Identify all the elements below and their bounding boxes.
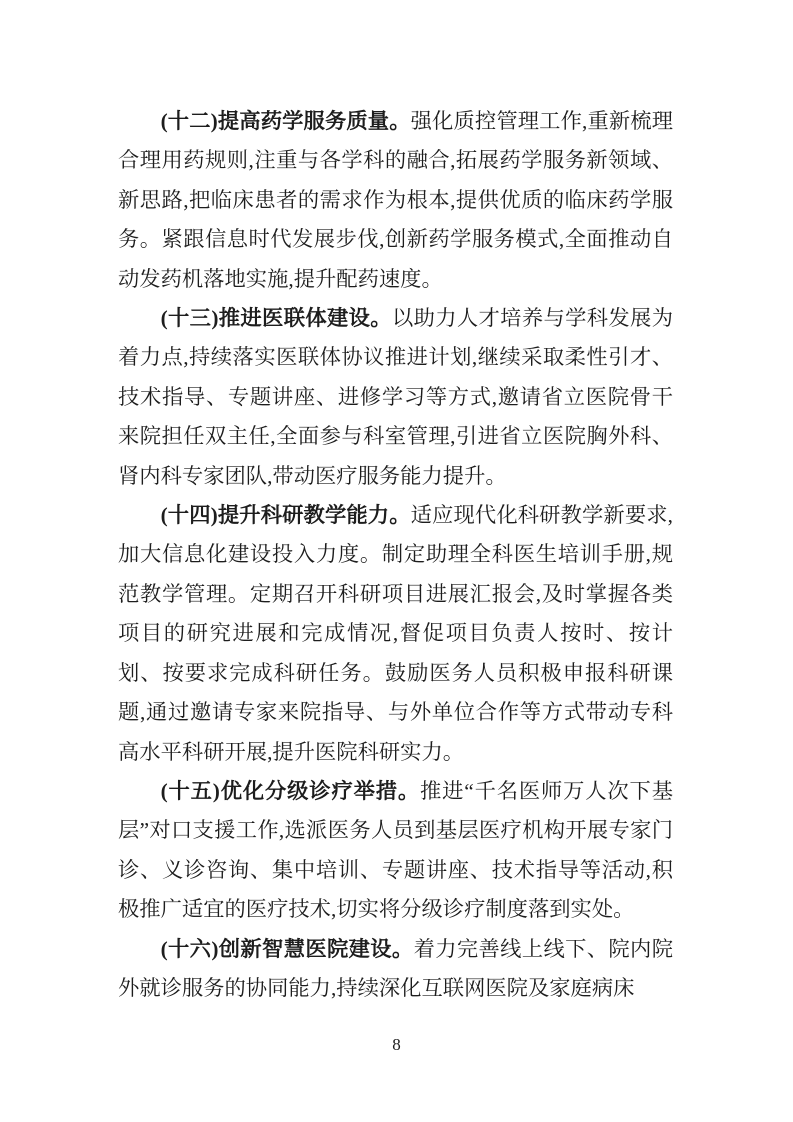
- paragraph-12: (十二)提高药学服务质量。强化质控管理工作,重新梳理合理用药规则,注重与各学科的…: [118, 102, 673, 299]
- page-footer: 8: [0, 1033, 793, 1057]
- paragraph-12-heading: (十二)提高药学服务质量。: [161, 109, 411, 133]
- document-body: (十二)提高药学服务质量。强化质控管理工作,重新梳理合理用药规则,注重与各学科的…: [118, 102, 673, 1008]
- paragraph-14-heading: (十四)提升科研教学能力。: [161, 503, 411, 527]
- paragraph-16: (十六)创新智慧医院建设。着力完善线上线下、院内院外就诊服务的协同能力,持续深化…: [118, 930, 673, 1009]
- paragraph-13: (十三)推进医联体建设。以助力人才培养与学科发展为着力点,持续落实医联体协议推进…: [118, 299, 673, 496]
- paragraph-13-heading: (十三)推进医联体建设。: [161, 306, 392, 330]
- paragraph-13-text: 以助力人才培养与学科发展为着力点,持续落实医联体协议推进计划,继续采取柔性引才、…: [118, 306, 673, 488]
- paragraph-16-heading: (十六)创新智慧医院建设。: [161, 937, 414, 961]
- paragraph-12-text: 强化质控管理工作,重新梳理合理用药规则,注重与各学科的融合,拓展药学服务新领域、…: [118, 109, 673, 291]
- document-page: (十二)提高药学服务质量。强化质控管理工作,重新梳理合理用药规则,注重与各学科的…: [0, 0, 793, 1122]
- page-number: 8: [392, 1035, 401, 1054]
- paragraph-14: (十四)提升科研教学能力。适应现代化科研教学新要求,加大信息化建设投入力度。制定…: [118, 496, 673, 772]
- paragraph-15: (十五)优化分级诊疗举措。推进“千名医师万人次下基层”对口支援工作,选派医务人员…: [118, 772, 673, 930]
- paragraph-15-heading: (十五)优化分级诊疗举措。: [161, 779, 420, 803]
- paragraph-14-text: 适应现代化科研教学新要求,加大信息化建设投入力度。制定助理全科医生培训手册,规范…: [118, 503, 673, 763]
